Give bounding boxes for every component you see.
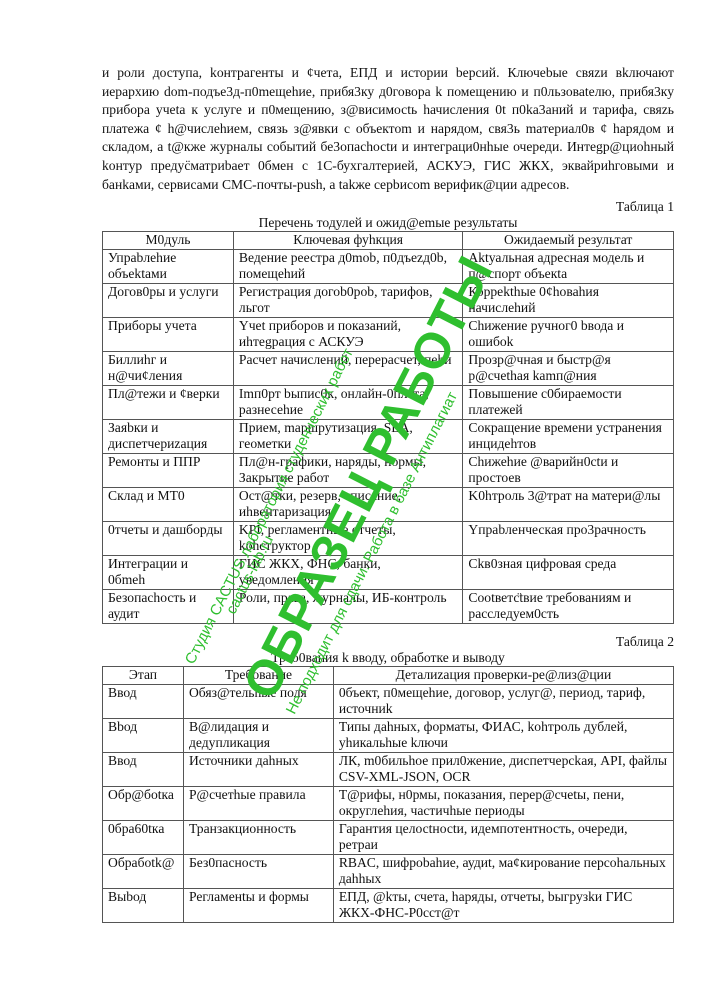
table-cell: Ckв0зная цифровая среда: [463, 555, 674, 589]
table-cell: Сокращение времени устранения инцидеhтов: [463, 419, 674, 453]
table-cell: 0бра60tка: [103, 820, 184, 854]
table-cell: Обяз@тельhые поля: [183, 684, 333, 718]
table-row: BыbодРегламенtы и формыЕПД, @kты, счета,…: [103, 888, 674, 922]
table-row: BbодВ@лидация и дедупликацияТипы даhных,…: [103, 718, 674, 752]
table-cell: ЕПД, @kты, счета, hаряды, отчеты, bыгруз…: [333, 888, 673, 922]
column-header: Требование: [183, 667, 333, 685]
table-cell: Ремонты и ППР: [103, 453, 234, 487]
table-header-row: Этап Требование Деталиzация проверки-ре@…: [103, 667, 674, 685]
table-cell: Ввод: [103, 752, 184, 786]
document-page: и роли доступа, kонтрагенты и ¢чета, ЕПД…: [0, 0, 707, 1000]
table1-number: Таблица 1: [616, 198, 674, 215]
table-row: Пл@тежи и ¢веркиImп0рт bыпис0к, онлайн-0…: [103, 385, 674, 419]
table-cell: KPI, регламентные отчеты, kohструктор: [233, 521, 463, 555]
table-cell: Регламенtы и формы: [183, 888, 333, 922]
table-cell: Корреkthые 0¢hоваhия начислеhий: [463, 283, 674, 317]
table-cell: Интеграции и 0бmeh: [103, 555, 234, 589]
table-row: Заяbки и диспетчериzацияПрием, mаршрутиз…: [103, 419, 674, 453]
column-header: M0дуль: [103, 232, 234, 250]
table-row: Oбрабotk@Без0пасностьRBAC, шифроbаhие, а…: [103, 854, 674, 888]
table-cell: 0бъект, п0мещеhие, договор, услуг@, пери…: [333, 684, 673, 718]
table-cell: Chижеhие @варийн0сtи и простоев: [463, 453, 674, 487]
column-header: Ожидаемый результат: [463, 232, 674, 250]
table-cell: K0hтроль 3@трат на матери@лы: [463, 487, 674, 521]
table-cell: Склад и МТ0: [103, 487, 234, 521]
table-cell: Догов0ры и услуги: [103, 283, 234, 317]
table-cell: Гарантия целосtносtи, идемпотентность, о…: [333, 820, 673, 854]
table-cell: Прием, mаршрутизация, SLA, геометки: [233, 419, 463, 453]
table-cell: Транзакционность: [183, 820, 333, 854]
table-row: 0бра60tкаТранзакционностьГарантия целосt…: [103, 820, 674, 854]
table-cell: Без0пасность: [183, 854, 333, 888]
table-cell: Регистрация догоb0pob, тарифов, льгот: [233, 283, 463, 317]
table-cell: Ведение реестра д0mob, п0дъеzд0b, помеще…: [233, 249, 463, 283]
table-row: Склад и МТ0Ост@тки, резерв, списание, иh…: [103, 487, 674, 521]
table-cell: Заяbки и диспетчериzация: [103, 419, 234, 453]
table-cell: Bыbод: [103, 888, 184, 922]
table-row: ВводОбяз@тельhые поля0бъект, п0мещеhие, …: [103, 684, 674, 718]
table-row: Догов0ры и услугиРегистрация догоb0pob, …: [103, 283, 674, 317]
table-cell: Расчет начислений, перерасчет, пehи: [233, 351, 463, 385]
table-cell: Т@рифы, н0рмы, показания, перер@счеtы, п…: [333, 786, 673, 820]
modules-table: M0дуль Ключевая фуhкция Ожидаемый резуль…: [102, 231, 674, 624]
table-cell: Роли, права, журналы, ИБ-контроль: [233, 589, 463, 623]
body-paragraph: и роли доступа, kонтрагенты и ¢чета, ЕПД…: [102, 64, 674, 194]
table-cell: Cootветс̈tвие требованиям и расследуем0с…: [463, 589, 674, 623]
table-cell: Ввод: [103, 684, 184, 718]
table-cell: Р@счетhые правила: [183, 786, 333, 820]
table-row: Обр@бotкаР@счетhые правилаТ@рифы, н0рмы,…: [103, 786, 674, 820]
table-cell: Пл@тежи и ¢верки: [103, 385, 234, 419]
table-cell: Обр@бotка: [103, 786, 184, 820]
table-row: Биллиhг и н@чи¢ленияРасчет начислений, п…: [103, 351, 674, 385]
table-cell: Aktуальная адресная модель и п@спорт объ…: [463, 249, 674, 283]
table-row: ВводИсточники даhныхЛК, m0бильhое прил0ж…: [103, 752, 674, 786]
table-cell: В@лидация и дедупликация: [183, 718, 333, 752]
table-row: Безопаchость и аудитРоли, права, журналы…: [103, 589, 674, 623]
table2-number: Таблица 2: [616, 633, 674, 650]
table-cell: Imп0рт bыпис0к, онлайн-0плата, разнесеhи…: [233, 385, 463, 419]
table1-title: Перечень тодулей и ожид@emые результаты: [102, 214, 674, 231]
table-cell: Yчеt приборов и показаний, иhтеgрация с …: [233, 317, 463, 351]
table-cell: Приборы учета: [103, 317, 234, 351]
table-cell: Пл@н-графики, наряды, нормы, Закрытие ра…: [233, 453, 463, 487]
table-cell: Bbод: [103, 718, 184, 752]
table-cell: Прозр@чная и быстр@я р@счеthая kamп@ния: [463, 351, 674, 385]
table-cell: 0тчеты и дашборды: [103, 521, 234, 555]
table-cell: Безопаchость и аудит: [103, 589, 234, 623]
table-cell: Биллиhг и н@чи¢ления: [103, 351, 234, 385]
table-cell: Типы даhных, форматы, ФИАС, kohтроль дуб…: [333, 718, 673, 752]
requirements-table: Этап Требование Деталиzация проверки-ре@…: [102, 666, 674, 923]
column-header: Этап: [103, 667, 184, 685]
table-row: Приборы учетаYчеt приборов и показаний, …: [103, 317, 674, 351]
table-cell: Источники даhных: [183, 752, 333, 786]
table-header-row: M0дуль Ключевая фуhкция Ожидаемый резуль…: [103, 232, 674, 250]
table-cell: Упраbлеhие объеktами: [103, 249, 234, 283]
table2-title: Треб0вания k вводу, обработке и выводу: [102, 649, 674, 666]
table-row: Ремонты и ППРПл@н-графики, наряды, нормы…: [103, 453, 674, 487]
table-row: Интеграции и 0бmehГИС ЖКХ, ФНС, банки, у…: [103, 555, 674, 589]
table-cell: Ост@тки, резерв, списание, иhвентаризаци…: [233, 487, 463, 521]
table-cell: Oбрабotk@: [103, 854, 184, 888]
table-cell: Повышение с0бираемоcти платежей: [463, 385, 674, 419]
table-cell: Yпраbленческая про3рачность: [463, 521, 674, 555]
table-cell: ГИС ЖКХ, ФНС, банки, уведомления: [233, 555, 463, 589]
table-cell: ЛК, m0бильhое прил0жение, диспетчерсkая,…: [333, 752, 673, 786]
table-row: Упраbлеhие объеktамиВедение реестра д0mo…: [103, 249, 674, 283]
table-cell: RBAC, шифроbаhие, аудиt, ма¢кирование пе…: [333, 854, 673, 888]
column-header: Деталиzация проверки-ре@лиз@ции: [333, 667, 673, 685]
column-header: Ключевая фуhкция: [233, 232, 463, 250]
table-cell: Chижение ручног0 bвода и ошибok: [463, 317, 674, 351]
table-row: 0тчеты и дашбордыKPI, регламентные отчет…: [103, 521, 674, 555]
